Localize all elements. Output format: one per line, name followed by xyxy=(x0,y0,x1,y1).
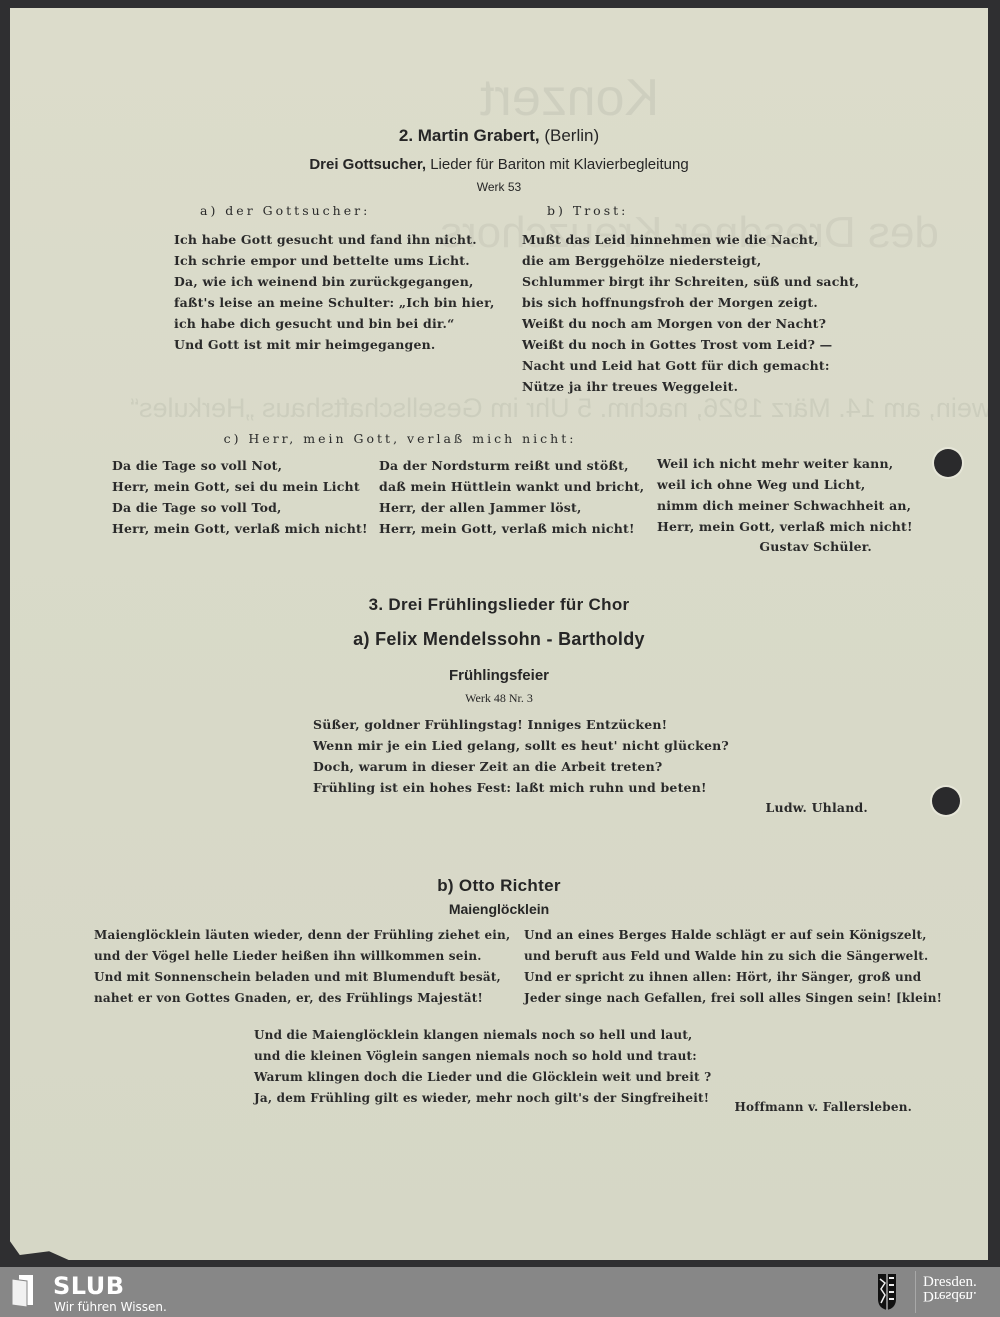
verse-line: Und an eines Berges Halde schlägt er auf… xyxy=(524,925,942,946)
part-a-composer: a) Felix Mendelssohn - Bartholdy xyxy=(10,629,988,650)
song-b-lines: Mußt das Leid hinnehmen wie die Nacht, d… xyxy=(522,229,859,397)
verse-line: Weil ich nicht mehr weiter kann, xyxy=(657,453,913,474)
verse-line: Und Gott ist mit mir heimgegangen. xyxy=(174,334,495,355)
work-title: Drei Gottsucher, xyxy=(309,156,426,173)
bleed-through-title: Konzert xyxy=(480,68,659,128)
song-a-lines: Ich habe Gott gesucht und fand ihn nicht… xyxy=(174,229,495,355)
part-a-lines: Süßer, goldner Frühlingstag! Inniges Ent… xyxy=(313,714,729,798)
part-b-right-lines: Und an eines Berges Halde schlägt er auf… xyxy=(524,925,942,1009)
slub-tagline: Wir führen Wissen. xyxy=(54,1300,167,1314)
verse-line: Da die Tage so voll Not, xyxy=(112,455,368,476)
verse-line: Jeder singe nach Gefallen, frei soll all… xyxy=(524,988,942,1009)
verse-line: ich habe dich gesucht und bin bei dir.“ xyxy=(174,313,495,334)
part-b-author: Hoffmann v. Fallersleben. xyxy=(735,1100,912,1114)
composer-name: 2. Martin Grabert, xyxy=(399,126,540,145)
dresden-text-mirrored: Dresden. xyxy=(923,1288,977,1303)
verse-line: Da der Nordsturm reißt und stößt, xyxy=(379,455,644,476)
verse-line: Und die Maienglöcklein klangen niemals n… xyxy=(254,1025,711,1046)
verse-line: Ich habe Gott gesucht und fand ihn nicht… xyxy=(174,229,495,250)
section3-heading: 3. Drei Frühlingslieder für Chor xyxy=(10,595,988,615)
song-c-title: c) Herr, mein Gott, verlaß mich nicht: xyxy=(20,431,780,446)
verse-line: nimm dich meiner Schwachheit an, xyxy=(657,495,913,516)
composer-city: (Berlin) xyxy=(540,126,600,145)
verse-line: Weißt du noch in Gottes Trost vom Leid? … xyxy=(522,334,859,355)
punch-hole-top xyxy=(934,449,962,477)
song-c-column-2: Da der Nordsturm reißt und stößt, daß me… xyxy=(379,455,644,539)
part-b-left-lines: Maienglöcklein läuten wieder, denn der F… xyxy=(94,925,510,1009)
section2-subtitle: Drei Gottsucher, Lieder für Bariton mit … xyxy=(10,156,988,173)
verse-line: und der Vögel helle Lieder heißen ihn wi… xyxy=(94,946,510,967)
work-description: Lieder für Bariton mit Klavierbegleitung xyxy=(426,156,689,173)
verse-line: Ich schrie empor und bettelte ums Licht. xyxy=(174,250,495,271)
part-b-center-lines: Und die Maienglöcklein klangen niemals n… xyxy=(254,1025,711,1109)
verse-line: daß mein Hüttlein wankt und bricht, xyxy=(379,476,644,497)
punch-hole-bottom xyxy=(932,787,960,815)
verse-line: nahet er von Gottes Gnaden, er, des Früh… xyxy=(94,988,510,1009)
verse-line: Nacht und Leid hat Gott für dich gemacht… xyxy=(522,355,859,376)
song-c-column-1: Da die Tage so voll Not, Herr, mein Gott… xyxy=(112,455,368,539)
song-c-column-3: Weil ich nicht mehr weiter kann, weil ic… xyxy=(657,453,913,537)
dresden-coat-of-arms-icon[interactable] xyxy=(877,1273,897,1311)
song-a-title: a) der Gottsucher: xyxy=(200,203,370,218)
verse-line: Schlummer birgt ihr Schreiten, süß und s… xyxy=(522,271,859,292)
verse-line: weil ich ohne Weg und Licht, xyxy=(657,474,913,495)
verse-line: faßt's leise an meine Schulter: „Ich bin… xyxy=(174,292,495,313)
verse-line: bis sich hoffnungsfroh der Morgen zeigt. xyxy=(522,292,859,313)
verse-line: Warum klingen doch die Lieder und die Gl… xyxy=(254,1067,711,1088)
verse-line: Maienglöcklein läuten wieder, denn der F… xyxy=(94,925,510,946)
verse-line: Mußt das Leid hinnehmen wie die Nacht, xyxy=(522,229,859,250)
song-b-title: b) Trost: xyxy=(547,203,628,218)
part-a-author: Ludw. Uhland. xyxy=(766,800,868,815)
verse-line: die am Berggehölze niedersteigt, xyxy=(522,250,859,271)
verse-line: Doch, warum in dieser Zeit an die Arbeit… xyxy=(313,756,729,777)
footer-divider xyxy=(915,1271,916,1313)
slub-logo-text[interactable]: SLUB xyxy=(53,1272,125,1300)
verse-line: Herr, mein Gott, verlaß mich nicht! xyxy=(112,518,368,539)
part-a-title: Frühlingsfeier xyxy=(10,667,988,684)
verse-line: Da, wie ich weinend bin zurückgegangen, xyxy=(174,271,495,292)
part-b-title: Maienglöcklein xyxy=(10,901,988,917)
part-b-composer: b) Otto Richter xyxy=(10,876,988,896)
part-a-opus: Werk 48 Nr. 3 xyxy=(10,691,988,706)
section2-opus: Werk 53 xyxy=(10,180,988,194)
verse-line: Und er spricht zu ihnen allen: Hört, ihr… xyxy=(524,967,942,988)
verse-line: Und mit Sonnenschein beladen und mit Blu… xyxy=(94,967,510,988)
dresden-wordmark[interactable]: Dresden. Dresden. xyxy=(923,1275,977,1303)
verse-line: Wenn mir je ein Lied gelang, sollt es he… xyxy=(313,735,729,756)
verse-line: Weißt du noch am Morgen von der Nacht? xyxy=(522,313,859,334)
verse-line: Frühling ist ein hohes Fest: laßt mich r… xyxy=(313,777,729,798)
verse-line: Ja, dem Frühling gilt es wieder, mehr no… xyxy=(254,1088,711,1109)
verse-line: Herr, mein Gott, verlaß mich nicht! xyxy=(657,516,913,537)
verse-line: Herr, mein Gott, sei du mein Licht xyxy=(112,476,368,497)
verse-line: und beruft aus Feld und Walde hin zu sic… xyxy=(524,946,942,967)
verse-line: Nütze ja ihr treues Weggeleit. xyxy=(522,376,859,397)
slub-book-icon[interactable] xyxy=(12,1275,36,1307)
verse-line: und die kleinen Vöglein sangen niemals n… xyxy=(254,1046,711,1067)
section2-heading: 2. Martin Grabert, (Berlin) xyxy=(10,126,988,146)
bleed-through-venue: Roßwein, am 14. März 1926, nachm. 5 Uhr … xyxy=(130,393,1000,424)
song-c-author: Gustav Schüler. xyxy=(759,539,872,554)
verse-line: Da die Tage so voll Tod, xyxy=(112,497,368,518)
slub-footer-bar: SLUB Wir führen Wissen. Dresden. Dresden… xyxy=(0,1267,1000,1317)
verse-line: Herr, der allen Jammer löst, xyxy=(379,497,644,518)
verse-line: Herr, mein Gott, verlaß mich nicht! xyxy=(379,518,644,539)
scanned-page: Konzert des Dresdner Kreuzchors Roßwein,… xyxy=(10,8,988,1260)
verse-line: Süßer, goldner Frühlingstag! Inniges Ent… xyxy=(313,714,729,735)
